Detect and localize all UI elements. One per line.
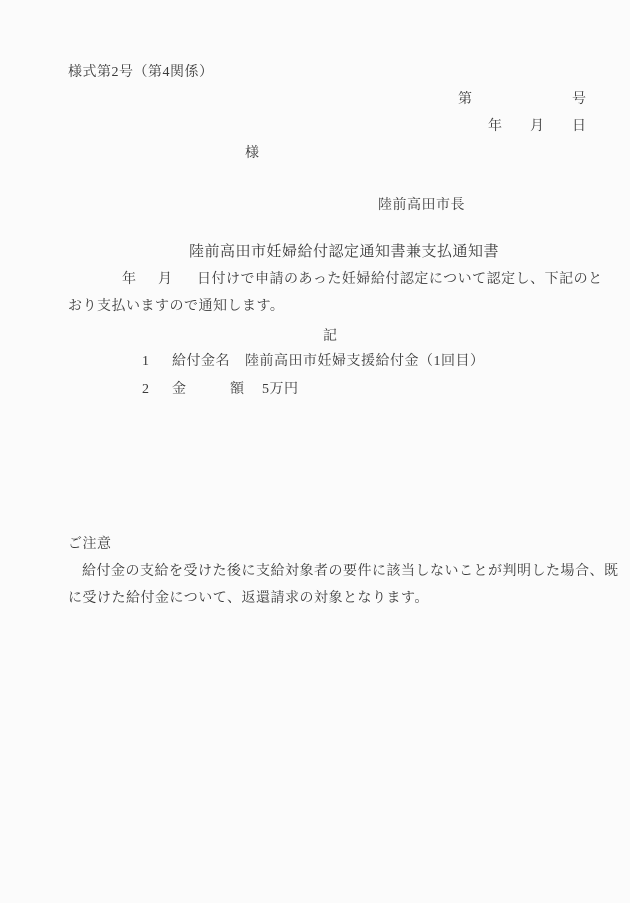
form-number-label: 様式第2号（第4関係）	[68, 66, 214, 80]
item2-amount-label-right: 額	[230, 383, 245, 397]
notice-line2: に受けた給付金について、返還請求の対象となります。	[68, 592, 429, 606]
notice-heading: ご注意	[68, 538, 112, 552]
item1-benefit-name-value: 陸前高田市妊婦支援給付金（1回目）	[245, 355, 485, 369]
notice-line1: 給付金の支給を受けた後に支給対象者の要件に該当しないことが判明した場合、既	[82, 565, 619, 579]
application-date-year-blank: 年	[122, 273, 137, 287]
item2-amount-value: 5万円	[262, 383, 299, 397]
date-month-label: 月	[530, 120, 545, 134]
record-marker: 記	[323, 330, 338, 344]
addressee-honorific: 様	[245, 147, 260, 161]
item1-number: 1	[142, 355, 150, 369]
item1-benefit-name-label: 給付金名	[172, 355, 230, 369]
body-paragraph-line1: 日付けで申請のあった妊婦給付認定について認定し、下記のと	[197, 273, 603, 287]
doc-number-suffix: 号	[572, 93, 587, 107]
document-title: 陸前高田市妊婦給付認定通知書兼支払通知書	[189, 245, 499, 260]
application-date-month-blank: 月	[158, 273, 173, 287]
document-page: 様式第2号（第4関係） 第 号 年 月 日 様 陸前高田市長 陸前高田市妊婦給付…	[0, 0, 630, 903]
date-year-label: 年	[488, 120, 503, 134]
item2-amount-label-left: 金	[172, 383, 187, 397]
doc-number-prefix: 第	[458, 93, 473, 107]
date-day-label: 日	[572, 120, 587, 134]
sender-mayor: 陸前高田市長	[378, 199, 465, 213]
item2-number: 2	[142, 383, 150, 397]
body-paragraph-line2: おり支払いますので通知します。	[68, 300, 284, 314]
